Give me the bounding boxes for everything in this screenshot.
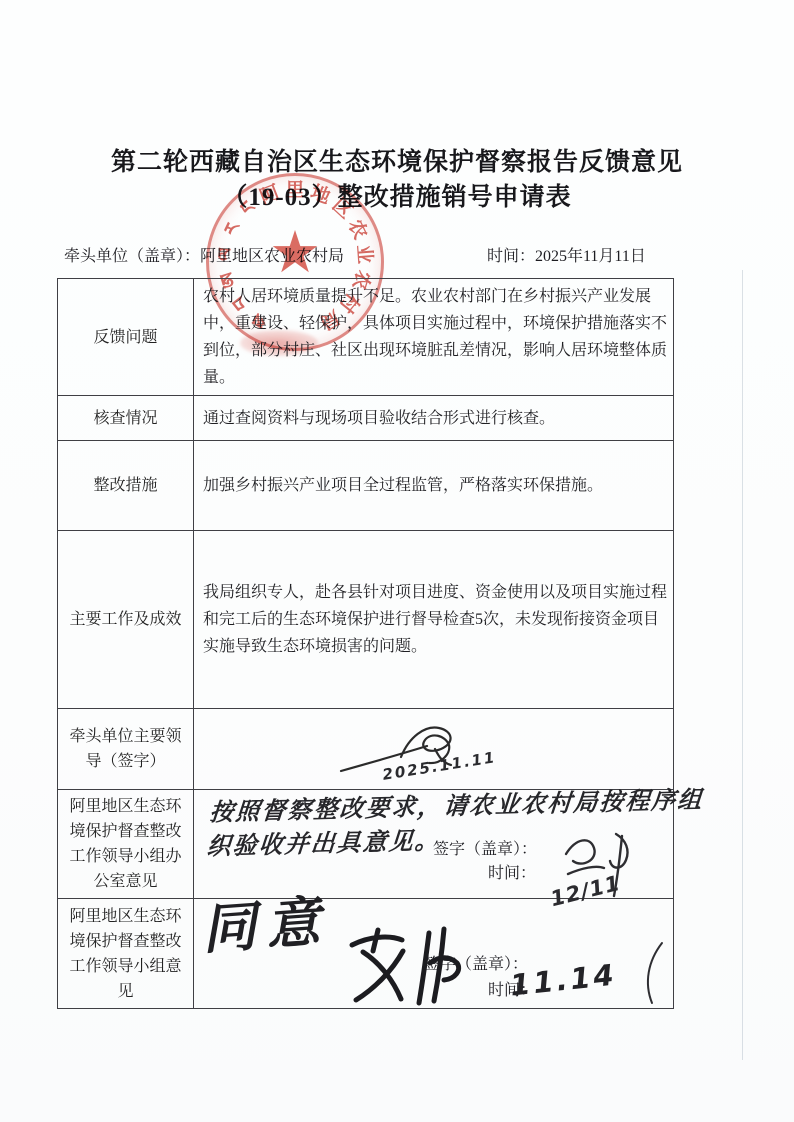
table-row: 整改措施 加强乡村振兴产业项目全过程监管，严格落实环保措施。 xyxy=(58,441,674,531)
seal-ring-char: 业 xyxy=(354,244,374,265)
row-content-group-opinion: 同意 签字（盖章）： 时间： 11.14 xyxy=(194,899,674,1009)
row-content-verification: 通过查阅资料与现场项目验收结合形式进行核查。 xyxy=(194,396,674,441)
sign-seal-label: 签字（盖章）： xyxy=(433,836,537,863)
document-title-line1: 第二轮西藏自治区生态环境保护督察报告反馈意见 xyxy=(0,142,794,178)
seal-ring-char: 里 xyxy=(285,181,305,200)
table-row: 牵头单位主要领导（签字） 2025.11.11 xyxy=(58,709,674,790)
group-opinion-date: 11.14 xyxy=(509,961,618,999)
seal-ring-char: 农 xyxy=(344,216,370,242)
row-content-leader-signature: 2025.11.11 xyxy=(194,709,674,790)
approval-handwriting: 同意 xyxy=(201,909,331,945)
table-row: 主要工作及成效 我局组织专人，赴各县针对项目进度、资金使用以及项目实施过程和完工… xyxy=(58,531,674,709)
seal-ring-char: 阿 xyxy=(257,183,283,208)
row-label-verification: 核查情况 xyxy=(58,396,194,441)
seal-ring-char: ང xyxy=(234,195,262,223)
seal-ring-char: ར xyxy=(220,216,246,242)
seal-ring-char: 地 xyxy=(307,183,333,208)
row-content-feedback-problem: 农村人居环境质量提升不足。农业农村部门在乡村振兴产业发展中，重建设、轻保护，具体… xyxy=(194,279,674,396)
seal-ring-char: ལ xyxy=(216,244,236,265)
rectification-form-table: 反馈问题 农村人居环境质量提升不足。农业农村部门在乡村振兴产业发展中，重建设、轻… xyxy=(57,278,674,1009)
date-value: 2025年11月11日 xyxy=(535,248,646,265)
row-label-main-work: 主要工作及成效 xyxy=(58,531,194,709)
scan-paper-edge xyxy=(742,270,743,1060)
table-row: 阿里地区生态环境保护督查整改工作领导小组意见 同意 签字（盖章）： 时间： 11… xyxy=(58,899,674,1009)
table-row: 核查情况 通过查阅资料与现场项目验收结合形式进行核查。 xyxy=(58,396,674,441)
time-label: 时间： xyxy=(488,860,536,887)
row-content-measures: 加强乡村振兴产业项目全过程监管，严格落实环保措施。 xyxy=(194,441,674,531)
table-row: 阿里地区生态环境保护督查整改工作领导小组办公室意见 按照督察整改要求，请农业农村… xyxy=(58,790,674,899)
seal-ring-char: 区 xyxy=(328,195,356,223)
row-label-feedback-problem: 反馈问题 xyxy=(58,279,194,396)
row-label-office-opinion: 阿里地区生态环境保护督查整改工作领导小组办公室意见 xyxy=(58,790,194,899)
row-content-office-opinion: 按照督察整改要求，请农业农村局按程序组 织验收并出具意见。 签字（盖章）： 时间… xyxy=(194,790,674,899)
document-title-line2: （19-03）整改措施销号申请表 xyxy=(0,177,794,213)
row-label-group-opinion: 阿里地区生态环境保护督查整改工作领导小组意见 xyxy=(58,899,194,1009)
stray-pen-stroke xyxy=(640,941,666,1005)
row-label-leader-signature: 牵头单位主要领导（签字） xyxy=(58,709,194,790)
seal-star-icon: ★ xyxy=(269,223,321,281)
row-label-measures: 整改措施 xyxy=(58,441,194,531)
row-content-main-work: 我局组织专人，赴各县针对项目进度、资金使用以及项目实施过程和完工后的生态环境保护… xyxy=(194,531,674,709)
date-label: 时间： xyxy=(487,248,535,265)
table-row: 反馈问题 农村人居环境质量提升不足。农业农村部门在乡村振兴产业发展中，重建设、轻… xyxy=(58,279,674,396)
date-line: 时间：2025年11月11日 xyxy=(487,243,646,266)
lead-unit-label: 牵头单位（盖章）： xyxy=(64,248,200,265)
